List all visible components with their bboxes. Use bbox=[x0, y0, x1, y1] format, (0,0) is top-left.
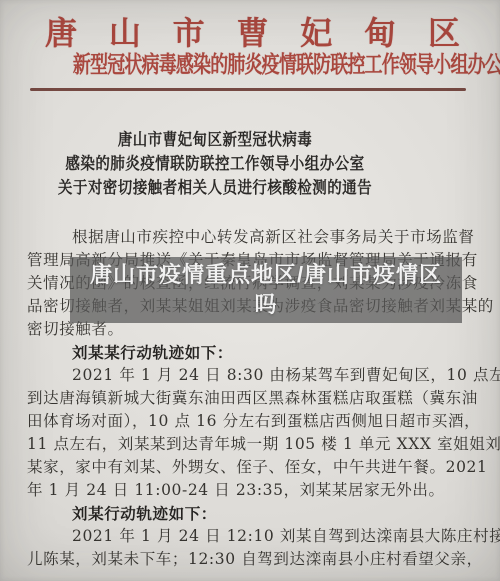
trajectory-heading: 刘某某行动轨迹如下： bbox=[27, 341, 477, 364]
body-line: 2021 年 1 月 24 日 8:30 由杨某驾车到曹妃甸区，10 点左右 bbox=[27, 364, 477, 387]
document-photo: 唐 山 市 曹 妃 甸 区 新型冠状病毒感染的肺炎疫情联防联控工作领导小组办公室… bbox=[0, 0, 500, 581]
body-line: 年 1 月 24 日 11:00-24 日 23:35，刘某某居家无外出。 bbox=[27, 479, 477, 502]
notice-title-line: 关于对密切接触者相关人员进行核酸检测的通告 bbox=[26, 176, 404, 200]
body-line: 11 点左右，刘某某到达青年城一期 105 楼 1 单元 XXX 室姐姐刘 bbox=[27, 433, 477, 456]
body-line: 根据唐山市疾控中心转发高新区社会事务局关于市场监督 bbox=[27, 226, 477, 249]
body-line: 某家，家中有刘某、外甥女、侄子、侄女，中午共进午餐。2021 bbox=[27, 456, 477, 479]
notice-title: 唐山市曹妃甸区新型冠状病毒 感染的肺炎疫情联防联控工作领导小组办公室 关于对密切… bbox=[26, 128, 404, 200]
body-line: 儿陈某，刘某未下车；12:30 自驾到达滦南县小庄村看望父亲， bbox=[27, 548, 477, 571]
caption-overlay-band: 唐山市疫情重点地区/唐山市疫情区 吗 bbox=[70, 257, 462, 323]
letterhead-divider-rule bbox=[30, 88, 466, 91]
notice-title-line: 唐山市曹妃甸区新型冠状病毒 bbox=[26, 128, 404, 152]
body-line: 2021 年 1 月 24 日 12:10 刘某自驾到达滦南县大陈庄村接女 bbox=[27, 525, 477, 548]
body-line: 到达唐海镇新城大街冀东油田西区黑森林蛋糕店取蛋糕（冀东油 bbox=[27, 387, 477, 410]
body-line: 田体育场对面），10 点 16 分左右到蛋糕店西侧旭日超市买酒， bbox=[27, 410, 477, 433]
trajectory-heading: 刘某行动轨迹如下： bbox=[27, 502, 477, 525]
caption-overlay-text-line: 吗 bbox=[254, 290, 277, 320]
letterhead-office-name-text: 新型冠状病毒感染的肺炎疫情联防联控工作领导小组办公室 bbox=[73, 46, 500, 79]
notice-title-line: 感染的肺炎疫情联防联控工作领导小组办公室 bbox=[26, 152, 404, 176]
caption-overlay-text-line: 唐山市疫情重点地区/唐山市疫情区 bbox=[90, 260, 442, 290]
letterhead-office-name: 新型冠状病毒感染的肺炎疫情联防联控工作领导小组办公室 bbox=[10, 46, 500, 76]
